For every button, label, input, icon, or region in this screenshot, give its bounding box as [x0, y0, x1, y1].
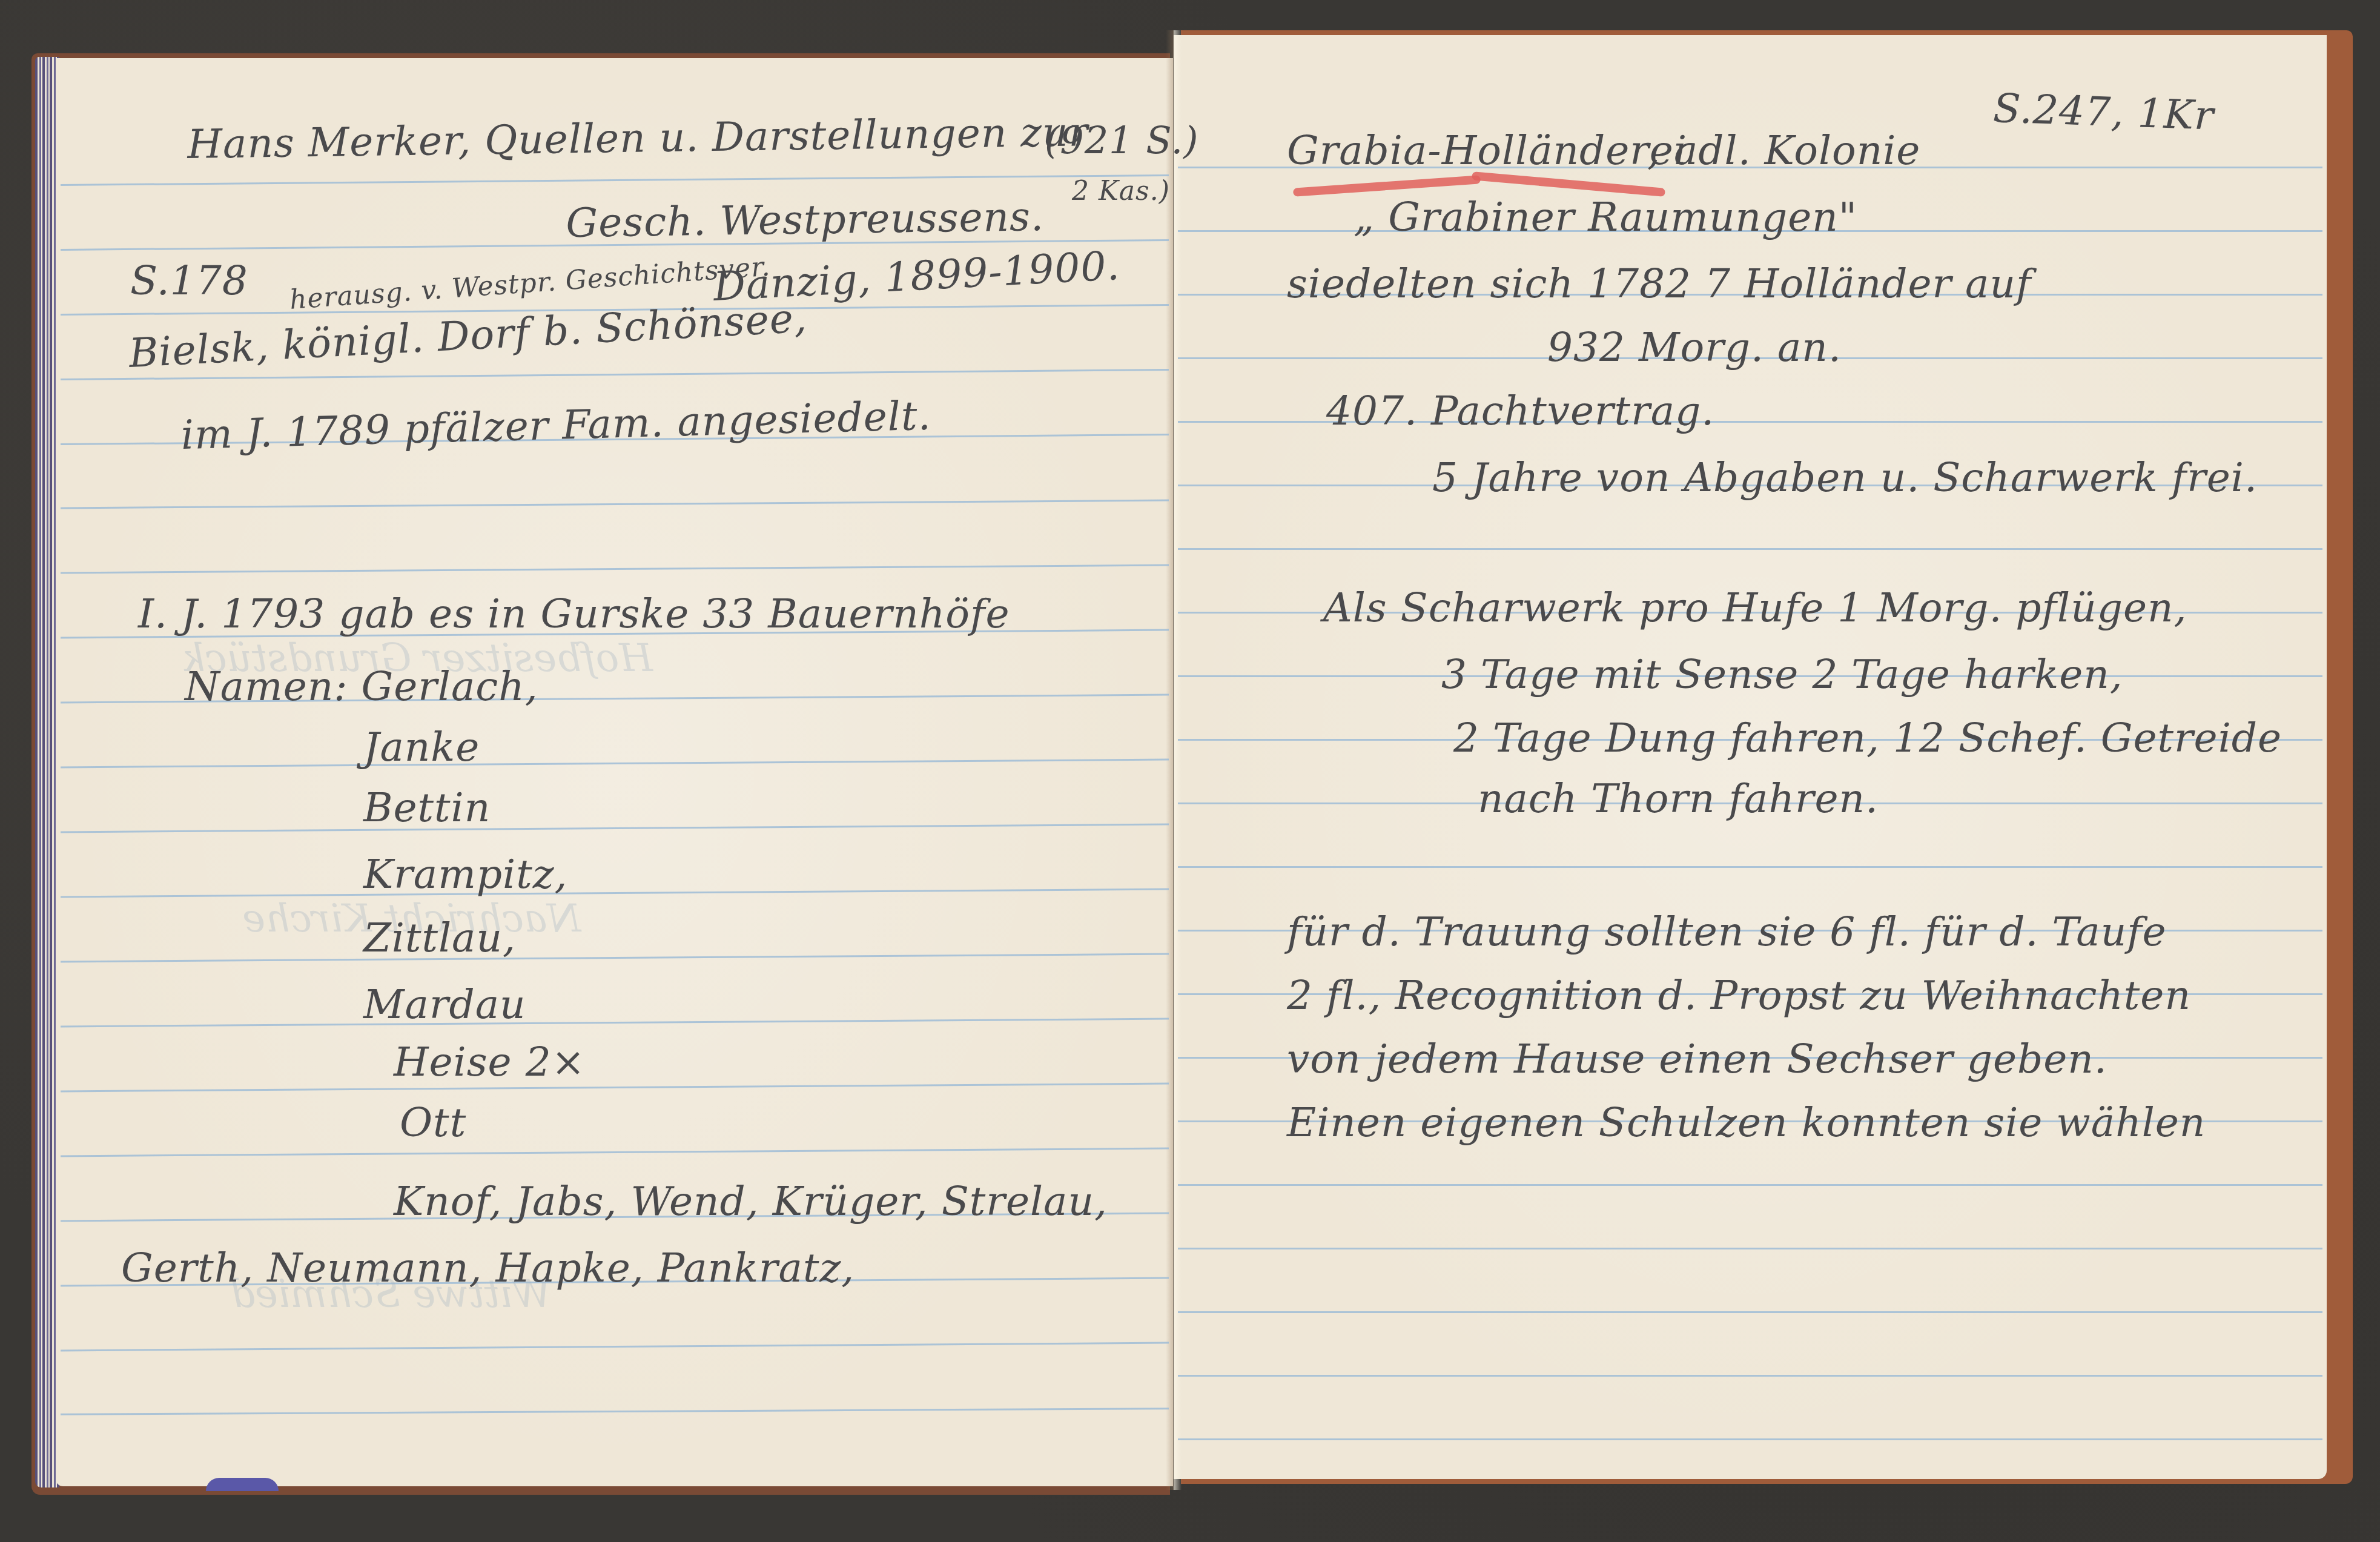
name-item: Zittlau,: [363, 915, 516, 961]
name-item: Knof, Jabs, Wend, Krüger, Strelau,: [394, 1178, 1108, 1225]
scharwerk-line-2: 3 Tage mit Sense 2 Tage harken,: [1441, 651, 2123, 698]
name-item: Krampitz,: [363, 851, 567, 898]
rule-line: [1178, 1375, 2322, 1377]
colony-type: , adl. Kolonie: [1647, 127, 1920, 174]
church-fees-line-1: für d. Trauung sollten sie 6 fl. für d. …: [1287, 908, 2167, 955]
lease-contract-line: 407. Pachtvertrag.: [1326, 388, 1714, 434]
tax-exemption-line: 5 Jahre von Abgaben u. Scharwerk frei.: [1432, 454, 2258, 501]
schulze-line: Einen eigenen Schulzen konnten sie wähle…: [1287, 1099, 2206, 1146]
name-item: Gerth, Neumann, Hapke, Pankratz,: [121, 1245, 854, 1291]
scharwerk-line-3: 2 Tage Dung fahren, 12 Schef. Getreide: [1453, 715, 2282, 761]
call-number: (921 S.): [1045, 118, 1198, 162]
scharwerk-line-1: Als Scharwerk pro Hufe 1 Morg. pflügen,: [1323, 584, 2187, 631]
box-number: 2 Kas.): [1072, 176, 1170, 207]
church-fees-line-3: von jedem Hause einen Sechser geben.: [1287, 1036, 2107, 1082]
settlement-1782-line: siedelten sich 1782 7 Holländer auf: [1287, 260, 2031, 307]
source-title-line-2: Gesch. Westpreussens.: [566, 193, 1045, 247]
name-item: Bettin: [363, 784, 491, 831]
scharwerk-line-4: nach Thorn fahren.: [1478, 775, 1879, 822]
rule-line: [1178, 1438, 2322, 1440]
rule-line: [1178, 866, 2322, 868]
right-page-reference: S.247, 1Kr: [1992, 85, 2215, 139]
rule-line: [1178, 1248, 2322, 1249]
name-item: Mardau: [363, 981, 526, 1028]
name-item: Janke: [363, 724, 480, 770]
rule-line: [1178, 548, 2322, 550]
church-fees-line-2: 2 fl., Recognition d. Propst zu Weihnach…: [1287, 972, 2191, 1019]
colony-nickname: „ Grabiner Raumungen": [1354, 194, 1857, 240]
acreage-line: 932 Morg. an.: [1547, 324, 1842, 371]
ribbon-marker: [206, 1478, 279, 1491]
rule-line: [1178, 1311, 2322, 1313]
name-item: Ott: [400, 1099, 466, 1146]
name-item: Heise 2×: [394, 1039, 586, 1085]
names-label: Namen: Gerlach,: [185, 663, 538, 710]
rule-line: [1178, 1184, 2322, 1186]
colony-heading: Grabia-Holländerei: [1287, 127, 1687, 174]
page-reference: S.178: [130, 257, 248, 304]
gurske-1793-line: I. J. 1793 gab es in Gurske 33 Bauernhöf…: [138, 591, 1010, 637]
